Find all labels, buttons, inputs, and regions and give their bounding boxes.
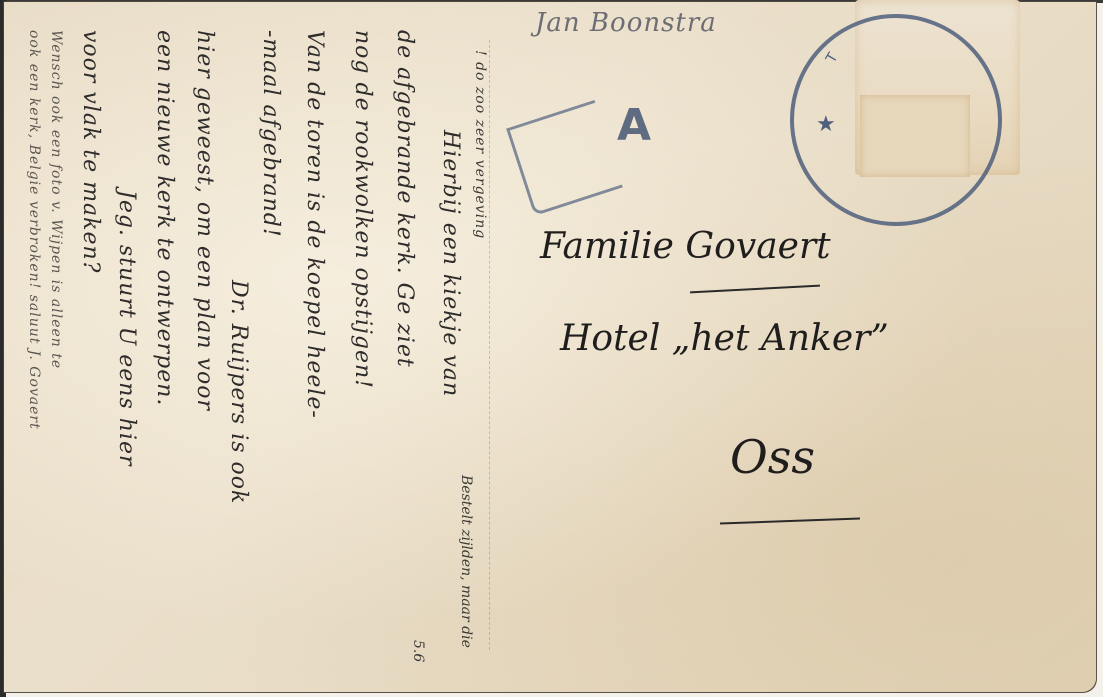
- message-line: hier geweest, om een plan voor: [192, 30, 217, 411]
- sender-pencil-note: Jan Boonstra: [535, 8, 717, 38]
- postmark-star-icon: ★: [816, 112, 836, 137]
- message-line: Van de toren is de koepel heele-: [302, 30, 327, 419]
- message-line: de afgebrande kerk. Ge ziet: [392, 30, 417, 368]
- handwritten-message: ! do zoo zeer vergeving Hierbij een kiek…: [20, 10, 500, 690]
- message-line: voor vlak te maken?: [78, 30, 103, 273]
- message-line: Hierbij een kiekje van: [438, 130, 463, 397]
- address-recipient: Familie Govaert: [540, 226, 831, 267]
- message-margin-number: 5.6: [410, 640, 426, 662]
- address-city: Oss: [730, 430, 815, 484]
- message-line: Wensch ook een foto v. Wijpen is alleen …: [48, 30, 64, 369]
- message-line: ook een kerk, Belgie verbroken! saluut J…: [26, 30, 42, 430]
- message-margin-note: Bestelt zijlden, maar die: [458, 475, 474, 648]
- message-line: een nieuwe kerk te ontwerpen.: [152, 30, 177, 406]
- message-line: -maal afgebrand!: [258, 30, 283, 238]
- address-hotel: Hotel „het Anker”: [560, 318, 889, 359]
- message-line: Dr. Ruijpers is ook: [226, 280, 251, 504]
- message-line: ! do zoo zeer vergeving: [472, 50, 488, 239]
- message-line: Jeg. stuurt U eens hier: [114, 190, 139, 467]
- message-line: nog de rookwolken opstijgen!: [350, 30, 375, 389]
- box-postmark-letter: A: [617, 100, 651, 151]
